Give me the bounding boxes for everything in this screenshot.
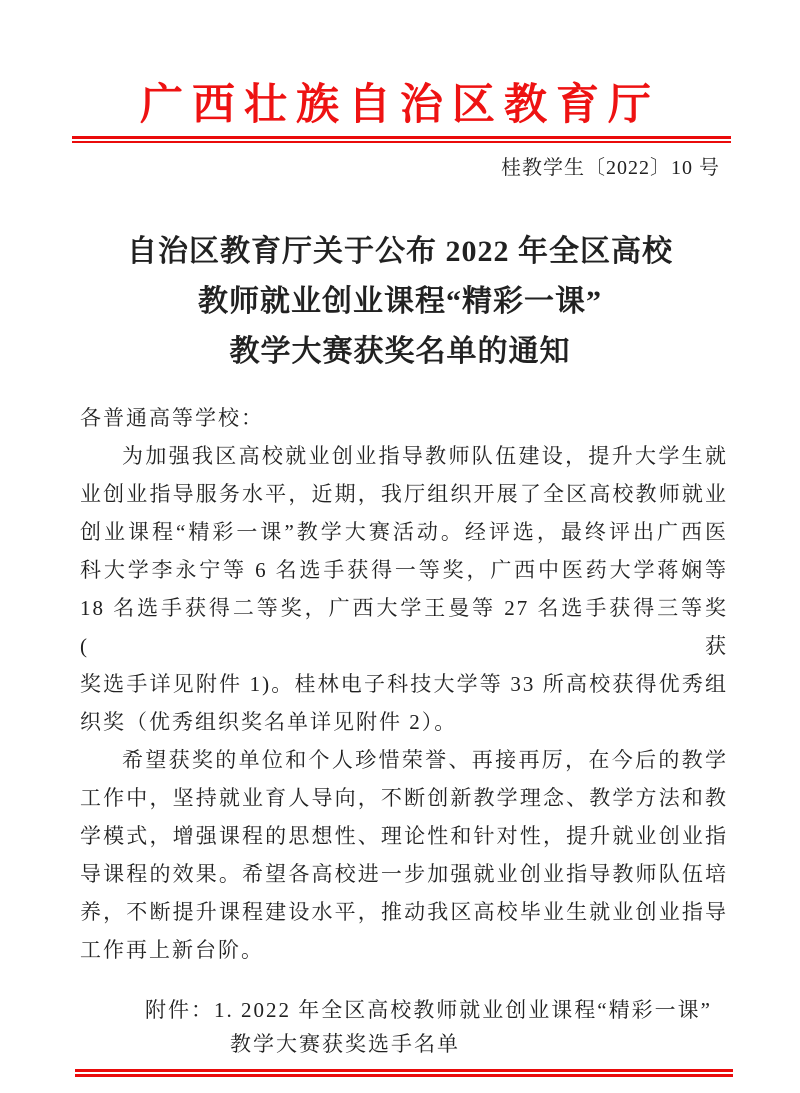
attachment-list: 附件：1. 2022 年全区高校教师就业创业课程“精彩一课” 教学大赛获奖选手名…	[80, 993, 728, 1061]
agency-name: 广西壮族自治区教育厅	[0, 80, 800, 132]
body-line: 业创业指导服务水平，近期，我厅组织开展了全区高校教师就业	[80, 475, 728, 513]
body-line: 希望获奖的单位和个人珍惜荣誉、再接再厉，在今后的教学	[80, 741, 728, 779]
notice-title: 自治区教育厅关于公布 2022 年全区高校 教师就业创业课程“精彩一课” 教学大…	[0, 227, 800, 377]
body-line: 奖选手详见附件 1)。桂林电子科技大学等 33 所高校获得优秀组	[80, 665, 728, 703]
body-line: 导课程的效果。希望各高校进一步加强就业创业指导教师队伍培	[80, 855, 728, 893]
body-line: 科大学李永宁等 6 名选手获得一等奖，广西中医药大学蒋娴等	[80, 551, 728, 589]
body-line: 工作中，坚持就业育人导向，不断创新教学理念、教学方法和教	[80, 779, 728, 817]
official-notice-page: 广西壮族自治区教育厅 桂教学生〔2022〕10 号 自治区教育厅关于公布 202…	[0, 0, 800, 1093]
attachment-item-1-continuation: 教学大赛获奖选手名单	[230, 1027, 728, 1061]
notice-title-line-1: 自治区教育厅关于公布 2022 年全区高校	[0, 227, 800, 277]
body-line: 为加强我区高校就业创业指导教师队伍建设，提升大学生就	[80, 437, 728, 475]
attachment-item-1: 附件：1. 2022 年全区高校教师就业创业课程“精彩一课”	[145, 993, 728, 1027]
body-line: 织奖（优秀组织奖名单详见附件 2）。	[80, 703, 728, 741]
paragraph-2: 希望获奖的单位和个人珍惜荣誉、再接再厉，在今后的教学工作中，坚持就业育人导向，不…	[80, 741, 728, 969]
salutation: 各普通高等学校：	[80, 399, 728, 437]
body-line: 工作再上新台阶。	[80, 931, 728, 969]
body-line: 18 名选手获得二等奖，广西大学王曼等 27 名选手获得三等奖(获	[80, 589, 728, 665]
body-line: 学模式，增强课程的思想性、理论性和针对性，提升就业创业指	[80, 817, 728, 855]
paragraph-1: 为加强我区高校就业创业指导教师队伍建设，提升大学生就业创业指导服务水平，近期，我…	[80, 437, 728, 741]
header-red-rule	[72, 136, 731, 143]
body-line: 创业课程“精彩一课”教学大赛活动。经评选，最终评出广西医	[80, 513, 728, 551]
body-line: 养，不断提升课程建设水平，推动我区高校毕业生就业创业指导	[80, 893, 728, 931]
notice-body: 各普通高等学校： 为加强我区高校就业创业指导教师队伍建设，提升大学生就业创业指导…	[80, 399, 728, 1061]
notice-title-line-3: 教学大赛获奖名单的通知	[0, 327, 800, 377]
notice-title-line-2: 教师就业创业课程“精彩一课”	[0, 277, 800, 327]
document-number: 桂教学生〔2022〕10 号	[0, 155, 720, 181]
footer-red-rule	[75, 1069, 733, 1077]
